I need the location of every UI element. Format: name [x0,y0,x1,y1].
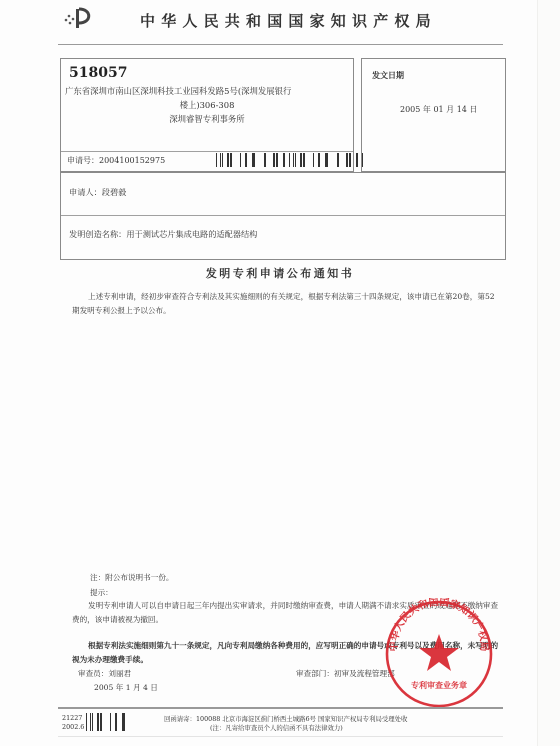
address-divider [61,151,353,152]
send-date-label: 发文日期 [372,70,404,81]
official-seal-icon: 中华人民共和国国家知识产权局 专利审查业务章 [383,598,495,710]
hint-label: 提示： [90,587,113,598]
address-line-1: 广东省深圳市南山区深圳科技工业园科发路5号(深圳发展银行 [65,85,353,97]
invention-title: 发明创造名称：用于测试芯片集成电路的适配器结构 [69,229,257,240]
barcode-icon [216,153,366,167]
page-edge [537,0,560,746]
notice-paragraph-1: 上述专利申请，经初步审查符合专利法及其实施细则的有关规定，根据专利法第三十四条规… [72,290,502,318]
info-divider [61,215,505,216]
notice-document: 中华人民共和国国家知识产权局 518057 广东省深圳市南山区深圳科技工业园科发… [0,0,560,746]
sipo-logo-icon [62,6,96,30]
form-code: 21227 2002.6 [62,714,84,732]
form-code-line-1: 21227 [62,714,84,723]
return-address: 回函请寄：100088 北京市海淀区蓟门桥西土城路6号 国家知识产权局专利局受理… [164,714,407,723]
applicant: 申请人：段碧毅 [69,187,126,198]
attachment-note: 注：附公布说明书一份。 [90,572,174,583]
footer-barcode-icon [86,713,130,731]
notice-title: 发明专利申请公布通知书 [0,265,560,281]
address-box: 518057 广东省深圳市南山区深圳科技工业园科发路5号(深圳发展银行 楼上)3… [60,58,354,172]
header-divider [58,44,503,45]
postcode: 518057 [69,65,127,81]
footer-note: (注：凡寄给审查员个人的信函不具有法律效力) [210,723,343,732]
exam-date: 2005 年 1 月 4 日 [94,682,158,693]
agency-name: 深圳睿智专利事务所 [61,113,353,125]
page-bottom-rule [58,736,503,737]
date-box: 发文日期 2005 年 01 月 14 日 [361,58,506,172]
examiner: 审查员：刘丽君 [78,668,131,679]
svg-text:专利审查业务章: 专利审查业务章 [411,680,467,690]
agency-title: 中华人民共和国国家知识产权局 [140,10,437,31]
applicant-info-box: 申请人：段碧毅 发明创造名称：用于测试芯片集成电路的适配器结构 [60,172,506,260]
exam-department: 审查部门：初审及流程管理部 [296,668,395,679]
footer-divider [58,707,503,709]
form-code-line-2: 2002.6 [62,723,84,732]
application-number: 申请号：200410015​2975 [67,155,165,166]
send-date: 2005 年 01 月 14 日 [400,104,477,115]
address-line-2: 楼上)306-308 [61,99,353,111]
